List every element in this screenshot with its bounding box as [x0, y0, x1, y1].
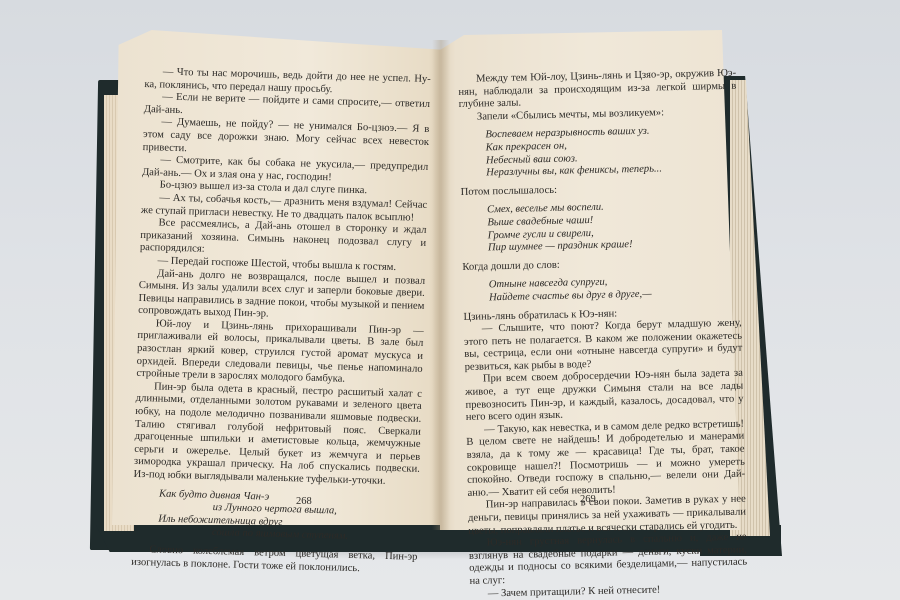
paragraph: Дай-ань долго не возвращался, после выше… [138, 267, 425, 325]
verse-block: Отныне навсегда супруги,Найдете счастье … [463, 274, 741, 305]
paragraph: Пин-эр направилась в свои покои. Заметив… [468, 494, 747, 538]
paragraph: — Такую, как невестка, и в самом деле ре… [466, 418, 746, 500]
verse-block: Воспеваем неразрывность ваших уз.Как пре… [459, 124, 738, 181]
paragraph: Словно колеблемая ветром цветущая ветка,… [131, 544, 418, 577]
verse-block: Смех, веселье мы воспели.Выше свадебные … [461, 199, 740, 256]
verse-block: Как будто дивная Чан-эиз Лунного чертога… [132, 487, 419, 545]
paragraph: Когда дошли до слов: [462, 255, 740, 274]
paragraph: — Слышите, что поют? Когда берут младшую… [464, 318, 743, 375]
left-page-text: — Что ты нас морочишь, ведь дойти до нее… [131, 66, 431, 577]
paragraph: При всем своем добросердечии Юэ-нян была… [465, 368, 744, 425]
book-gutter [432, 40, 450, 530]
paragraph: Юэ-нян грустная вернулась в спальню и, д… [469, 532, 748, 589]
paragraph: Юй-лоу и Цзинь-лянь прихорашивали Пин-эр… [136, 318, 424, 389]
paragraph: Между тем Юй-лоу, Цзинь-лянь и Цзяо-эр, … [458, 68, 737, 112]
right-page-text: Между тем Юй-лоу, Цзинь-лянь и Цзяо-эр, … [458, 68, 748, 600]
page-number-left: 268 [296, 496, 312, 507]
paragraph: Потом послышалось: [461, 180, 739, 199]
page-number-right: 269 [580, 494, 596, 505]
paragraph: Пин-эр была одета в красный, пестро расш… [133, 381, 422, 490]
